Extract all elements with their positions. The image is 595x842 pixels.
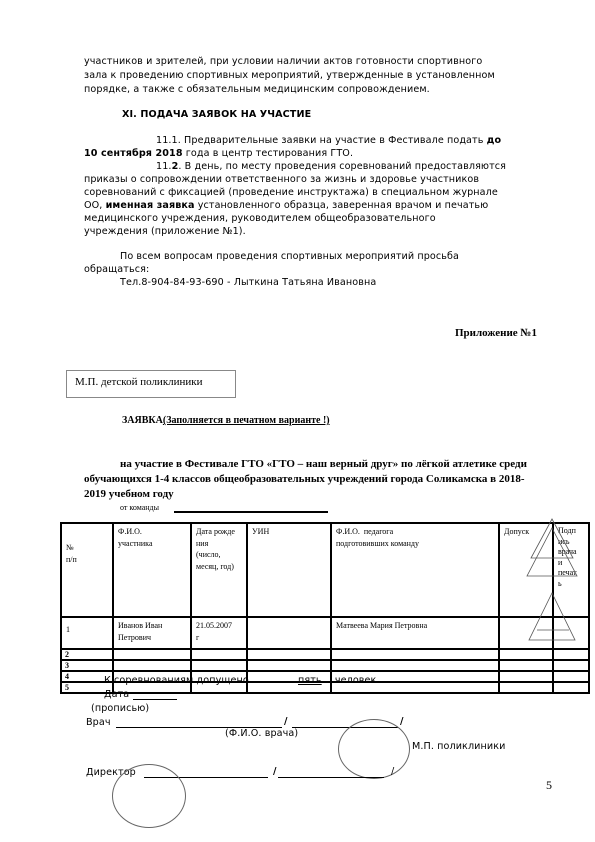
p12-line-2: приказы о сопровождении ответственного з…	[84, 174, 479, 185]
admitted-suffix: человек	[335, 675, 377, 686]
header-participant: Ф.И.О. участника	[113, 523, 191, 617]
cell-teacher[interactable]	[331, 649, 499, 660]
p12-named-application: именная заявка	[106, 200, 195, 211]
cell-uin[interactable]	[247, 649, 331, 660]
cell-uin[interactable]	[247, 660, 331, 671]
application-line-1: на участие в Фестивале ГТО «ГТО – наш ве…	[120, 458, 527, 470]
application-line-2: обучающихся 1-4 классов общеобразователь…	[84, 473, 525, 485]
cell-teacher[interactable]	[331, 660, 499, 671]
section-title: XI. ПОДАЧА ЗАЯВОК НА УЧАСТИЕ	[122, 109, 311, 120]
doctor-label: Врач	[86, 717, 111, 728]
contacts-line-1: По всем вопросам проведения спортивных м…	[120, 251, 459, 262]
p12-num: 11.	[156, 161, 172, 172]
date-input-line[interactable]	[133, 699, 177, 700]
table-row: 1 Иванов Иван Петрович 21.05.2007 г Матв…	[61, 617, 589, 649]
clinic-stamp-label: М.П. поликлиники	[412, 741, 505, 752]
director-slash-1: /	[273, 766, 277, 777]
p11-text: 11.1. Предварительные заявки на участие …	[156, 135, 487, 146]
header-birthdate: Дата рожде ния (число, месяц, год)	[191, 523, 247, 617]
cell-number: 3	[61, 660, 113, 671]
director-slash-2: /	[391, 766, 394, 777]
header-teacher: Ф.И.О. педагога подготовивших команду	[331, 523, 499, 617]
cell-admission[interactable]	[499, 682, 553, 693]
cell-teacher[interactable]: Матвеева Мария Петровна	[331, 617, 499, 649]
table-row: 2	[61, 649, 589, 660]
doctor-caption: (Ф.И.О. врача)	[225, 728, 298, 739]
cell-signature[interactable]	[553, 682, 589, 693]
intro-line-2: зала к проведению спортивных мероприятий…	[84, 70, 495, 81]
cell-number: 1	[61, 617, 113, 649]
p11-line-1: 11.1. Предварительные заявки на участие …	[156, 135, 501, 146]
intro-line-1: участников и зрителей, при условии налич…	[84, 56, 482, 67]
contacts-line-2: обращаться:	[84, 264, 149, 275]
header-number: № п/п	[61, 523, 113, 617]
application-line-3: 2019 учебном году	[84, 488, 174, 500]
cell-number: 2	[61, 649, 113, 660]
clinic-stamp-box: М.П. детской поликлиники	[66, 370, 236, 398]
header-uin: УИН	[247, 523, 331, 617]
cell-participant[interactable]	[113, 649, 191, 660]
triangle-stamp-icon	[525, 518, 595, 658]
p12-line-1: 11.2. В день, по месту проведения соревн…	[156, 161, 506, 172]
p12-line-4: ОО, именная заявка установленного образц…	[84, 200, 488, 211]
cell-birthdate[interactable]	[191, 649, 247, 660]
cell-signature[interactable]	[553, 660, 589, 671]
p12-rest: . В день, по месту проведения соревнован…	[178, 161, 506, 172]
admitted-count[interactable]: пять	[298, 675, 322, 686]
team-label: от команды	[120, 503, 159, 512]
p11-deadline: 10 сентября 2018	[84, 148, 183, 159]
doctor-slash-1: /	[284, 716, 288, 727]
doctor-slash-2: /	[400, 716, 404, 727]
p11-rest: года в центр тестирования ГТО.	[183, 148, 353, 159]
cell-admission[interactable]	[499, 660, 553, 671]
stamp-circle-icon	[338, 719, 410, 779]
p11-line-2: 10 сентября 2018 года в центр тестирован…	[84, 148, 353, 159]
appendix-label: Приложение №1	[455, 327, 537, 339]
p12-oo: ОО,	[84, 200, 106, 211]
table-row: 3	[61, 660, 589, 671]
cell-birthdate[interactable]	[191, 660, 247, 671]
application-note: (Заполняется в печатном варианте !)	[163, 415, 330, 426]
cell-uin[interactable]	[247, 617, 331, 649]
admitted-line: К соревнованиям допущено пять человек	[104, 675, 376, 686]
p11-bold: до	[487, 135, 502, 146]
p12-line-5: медицинского учреждения, руководителем о…	[84, 213, 436, 224]
p12-line4-rest: установленного образца, заверенная врачо…	[195, 200, 489, 211]
cell-birthdate[interactable]: 21.05.2007 г	[191, 617, 247, 649]
application-title-text: ЗАЯВКА	[122, 415, 163, 426]
table-header-row: № п/п Ф.И.О. участника Дата рожде ния (ч…	[61, 523, 589, 617]
page-number: 5	[546, 778, 552, 793]
cell-participant[interactable]	[113, 660, 191, 671]
p12-line-3: соревнований с фиксацией (проведение инс…	[84, 187, 498, 198]
p12-line-6: учреждения (приложение №1).	[84, 226, 246, 237]
cell-participant[interactable]: Иванов Иван Петрович	[113, 617, 191, 649]
admitted-prefix: К соревнованиям допущено	[104, 675, 249, 686]
participants-table: № п/п Ф.И.О. участника Дата рожде ния (ч…	[60, 522, 590, 694]
school-stamp-circle-icon	[112, 764, 186, 828]
director-signature-line[interactable]	[278, 777, 384, 778]
contacts-line-3: Тел.8-904-84-93-690 - Лыткина Татьяна Ив…	[120, 277, 376, 288]
intro-line-3: порядке, а также с обязательным медицинс…	[84, 84, 430, 95]
in-words-label: (прописью)	[91, 703, 149, 714]
cell-signature[interactable]	[553, 671, 589, 682]
application-title: ЗАЯВКА(Заполняется в печатном варианте !…	[122, 415, 330, 426]
team-input-line[interactable]	[174, 511, 328, 513]
cell-admission[interactable]	[499, 671, 553, 682]
date-label: Дата	[104, 689, 129, 700]
